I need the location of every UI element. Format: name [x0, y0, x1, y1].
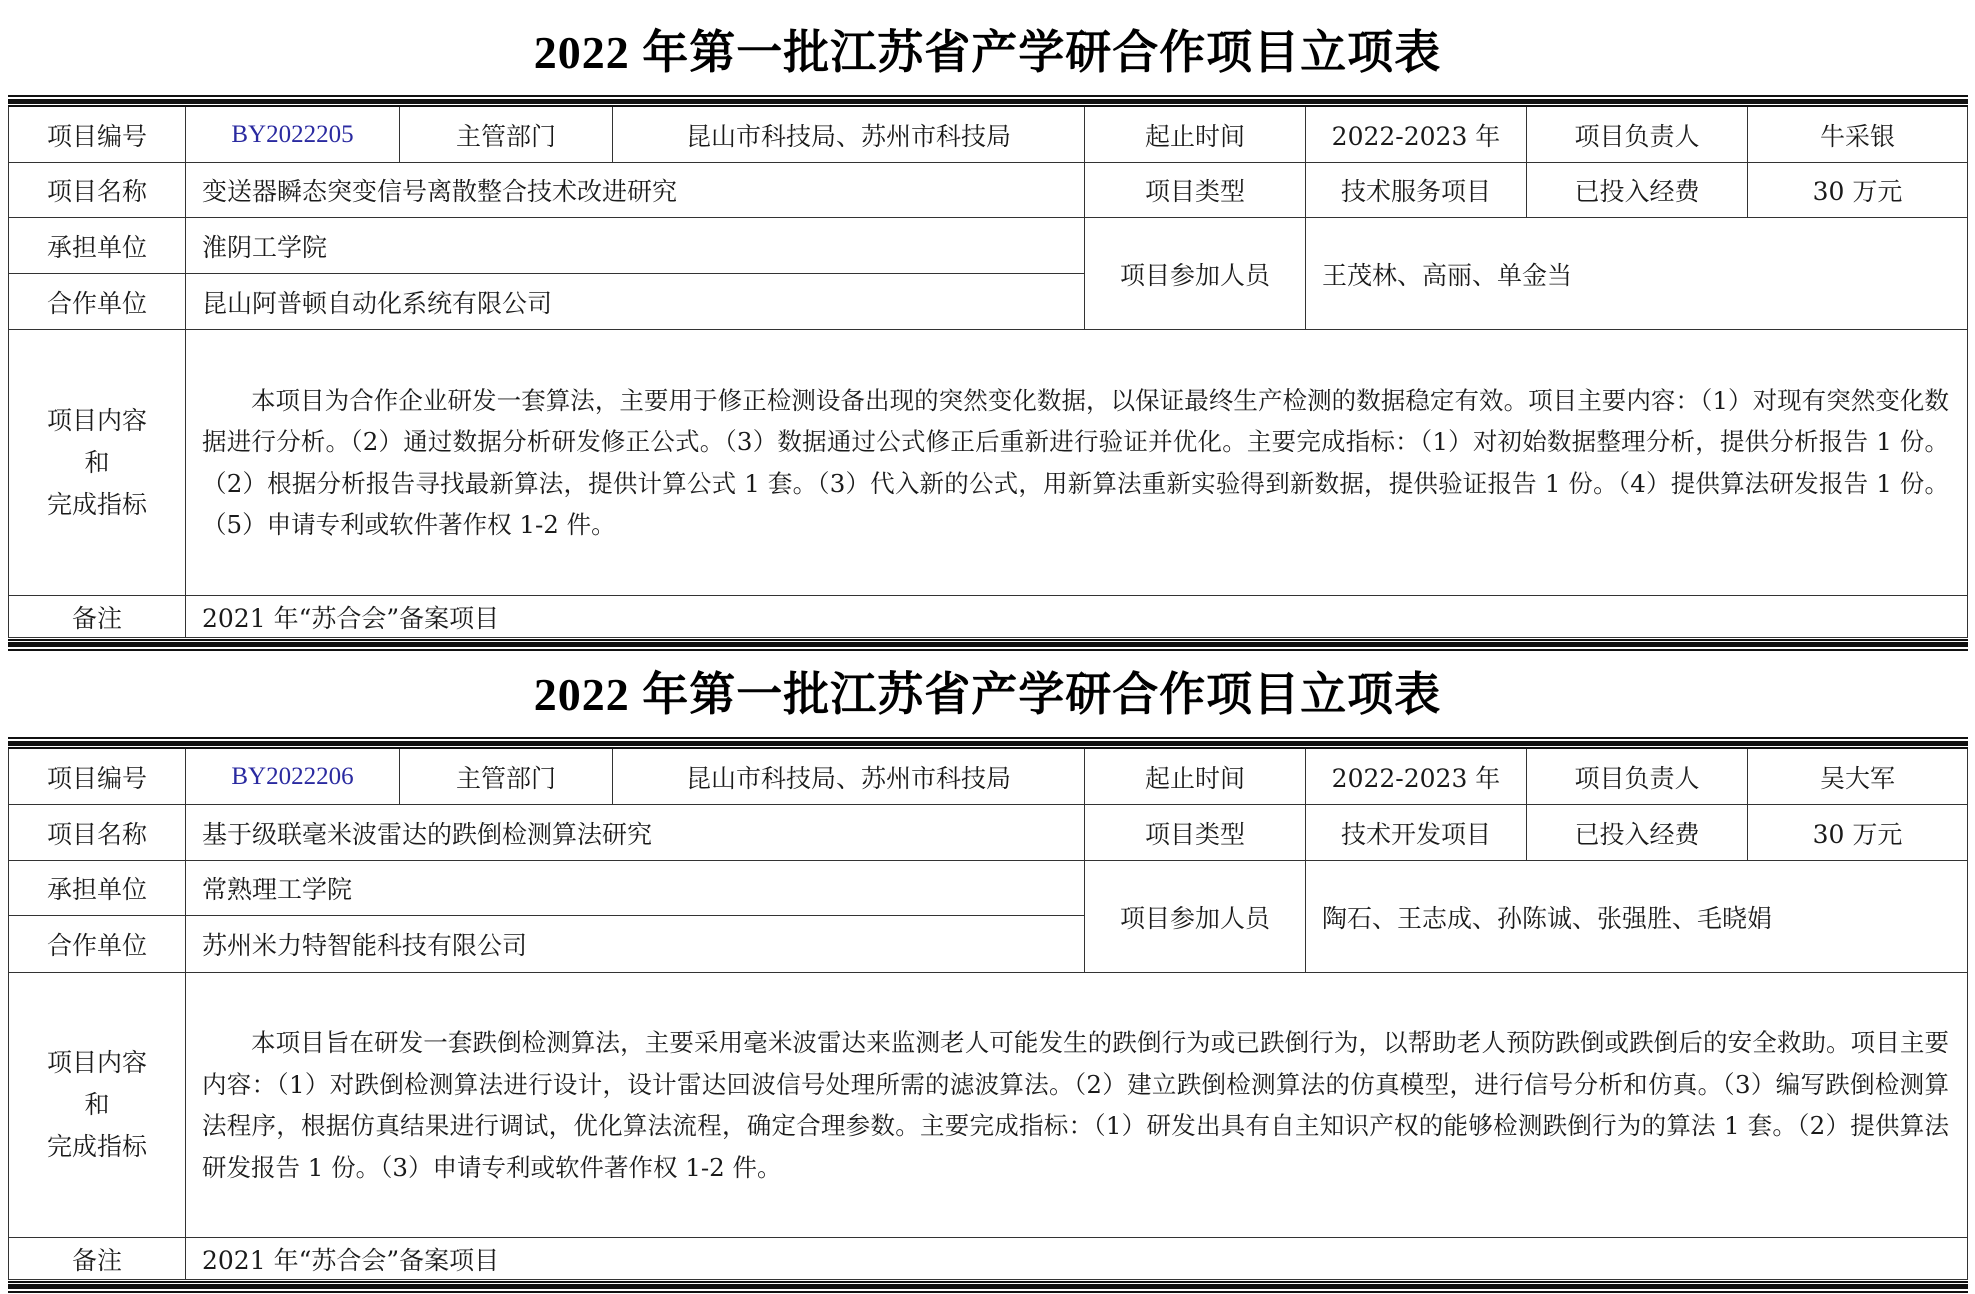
top-border [8, 95, 1968, 97]
partner-value: 昆山阿普顿自动化系统有限公司 [186, 274, 1085, 330]
label-undertaker: 承担单位 [8, 218, 186, 274]
label-note: 备注 [8, 596, 186, 638]
content-paragraph: 本项目旨在研发一套跌倒检测算法，主要采用毫米波雷达来监测老人可能发生的跌倒行为或… [202, 1022, 1949, 1188]
period-value: 2022-2023 年 [1306, 749, 1527, 805]
label-partner: 合作单位 [8, 274, 186, 330]
form-title: 2022 年第一批江苏省产学研合作项目立项表 [0, 658, 1975, 724]
project-name-value: 基于级联毫米波雷达的跌倒检测算法研究 [186, 805, 1085, 861]
label-project-no: 项目编号 [8, 749, 186, 805]
label-content-line3: 完成指标 [47, 1126, 147, 1168]
content-value: 本项目为合作企业研发一套算法，主要用于修正检测设备出现的突然变化数据，以保证最终… [186, 330, 1968, 596]
content-value: 本项目旨在研发一套跌倒检测算法，主要采用毫米波雷达来监测老人可能发生的跌倒行为或… [186, 973, 1968, 1238]
label-content: 项目内容 和 完成指标 [8, 973, 186, 1238]
funding-value: 30 万元 [1748, 805, 1968, 861]
funding-value: 30 万元 [1748, 163, 1968, 218]
bottom-border [8, 649, 1968, 651]
period-value: 2022-2023 年 [1306, 107, 1527, 163]
leader-value: 吴大军 [1748, 749, 1968, 805]
top-border [8, 737, 1968, 739]
label-content-line2: 和 [84, 1084, 109, 1126]
label-members: 项目参加人员 [1085, 861, 1306, 973]
label-project-name: 项目名称 [8, 163, 186, 218]
partner-value: 苏州米力特智能科技有限公司 [186, 916, 1085, 973]
label-department: 主管部门 [400, 749, 613, 805]
label-content-line1: 项目内容 [47, 1042, 147, 1084]
label-note: 备注 [8, 1238, 186, 1280]
members-value: 王茂林、高丽、单金当 [1306, 218, 1968, 330]
label-leader: 项目负责人 [1527, 749, 1748, 805]
project-no-value: BY2022206 [186, 749, 400, 805]
label-project-type: 项目类型 [1085, 805, 1306, 861]
project-type-value: 技术服务项目 [1306, 163, 1527, 218]
label-content-line1: 项目内容 [47, 400, 147, 442]
label-members: 项目参加人员 [1085, 218, 1306, 330]
project-form-table: 项目编号 BY2022205 主管部门 昆山市科技局、苏州市科技局 起止时间 2… [8, 95, 1968, 652]
top-border [8, 99, 1968, 104]
bottom-border [8, 1291, 1968, 1293]
undertaker-value: 常熟理工学院 [186, 861, 1085, 916]
label-project-no: 项目编号 [8, 107, 186, 163]
label-content-line3: 完成指标 [47, 484, 147, 526]
members-value: 陶石、王志成、孙陈诚、张强胜、毛晓娟 [1306, 861, 1968, 973]
bottom-border [8, 639, 1968, 641]
label-partner: 合作单位 [8, 916, 186, 973]
project-type-value: 技术开发项目 [1306, 805, 1527, 861]
label-leader: 项目负责人 [1527, 107, 1748, 163]
project-no-value: BY2022205 [186, 107, 400, 163]
label-department: 主管部门 [400, 107, 613, 163]
department-value: 昆山市科技局、苏州市科技局 [613, 749, 1085, 805]
department-value: 昆山市科技局、苏州市科技局 [613, 107, 1085, 163]
label-project-name: 项目名称 [8, 805, 186, 861]
note-value: 2021 年“苏合会”备案项目 [186, 1238, 1968, 1280]
label-undertaker: 承担单位 [8, 861, 186, 916]
label-period: 起止时间 [1085, 107, 1306, 163]
form-title: 2022 年第一批江苏省产学研合作项目立项表 [0, 16, 1975, 82]
label-project-type: 项目类型 [1085, 163, 1306, 218]
bottom-border [8, 1284, 1968, 1289]
label-period: 起止时间 [1085, 749, 1306, 805]
label-content: 项目内容 和 完成指标 [8, 330, 186, 596]
bottom-border [8, 642, 1968, 647]
project-name-value: 变送器瞬态突变信号离散整合技术改进研究 [186, 163, 1085, 218]
undertaker-value: 淮阴工学院 [186, 218, 1085, 274]
content-paragraph: 本项目为合作企业研发一套算法，主要用于修正检测设备出现的突然变化数据，以保证最终… [202, 380, 1949, 546]
label-content-line2: 和 [84, 442, 109, 484]
label-funding: 已投入经费 [1527, 163, 1748, 218]
note-value: 2021 年“苏合会”备案项目 [186, 596, 1968, 638]
project-form-table: 项目编号 BY2022206 主管部门 昆山市科技局、苏州市科技局 起止时间 2… [8, 737, 1968, 1294]
label-funding: 已投入经费 [1527, 805, 1748, 861]
bottom-border [8, 1281, 1968, 1283]
top-border [8, 741, 1968, 746]
leader-value: 牛采银 [1748, 107, 1968, 163]
